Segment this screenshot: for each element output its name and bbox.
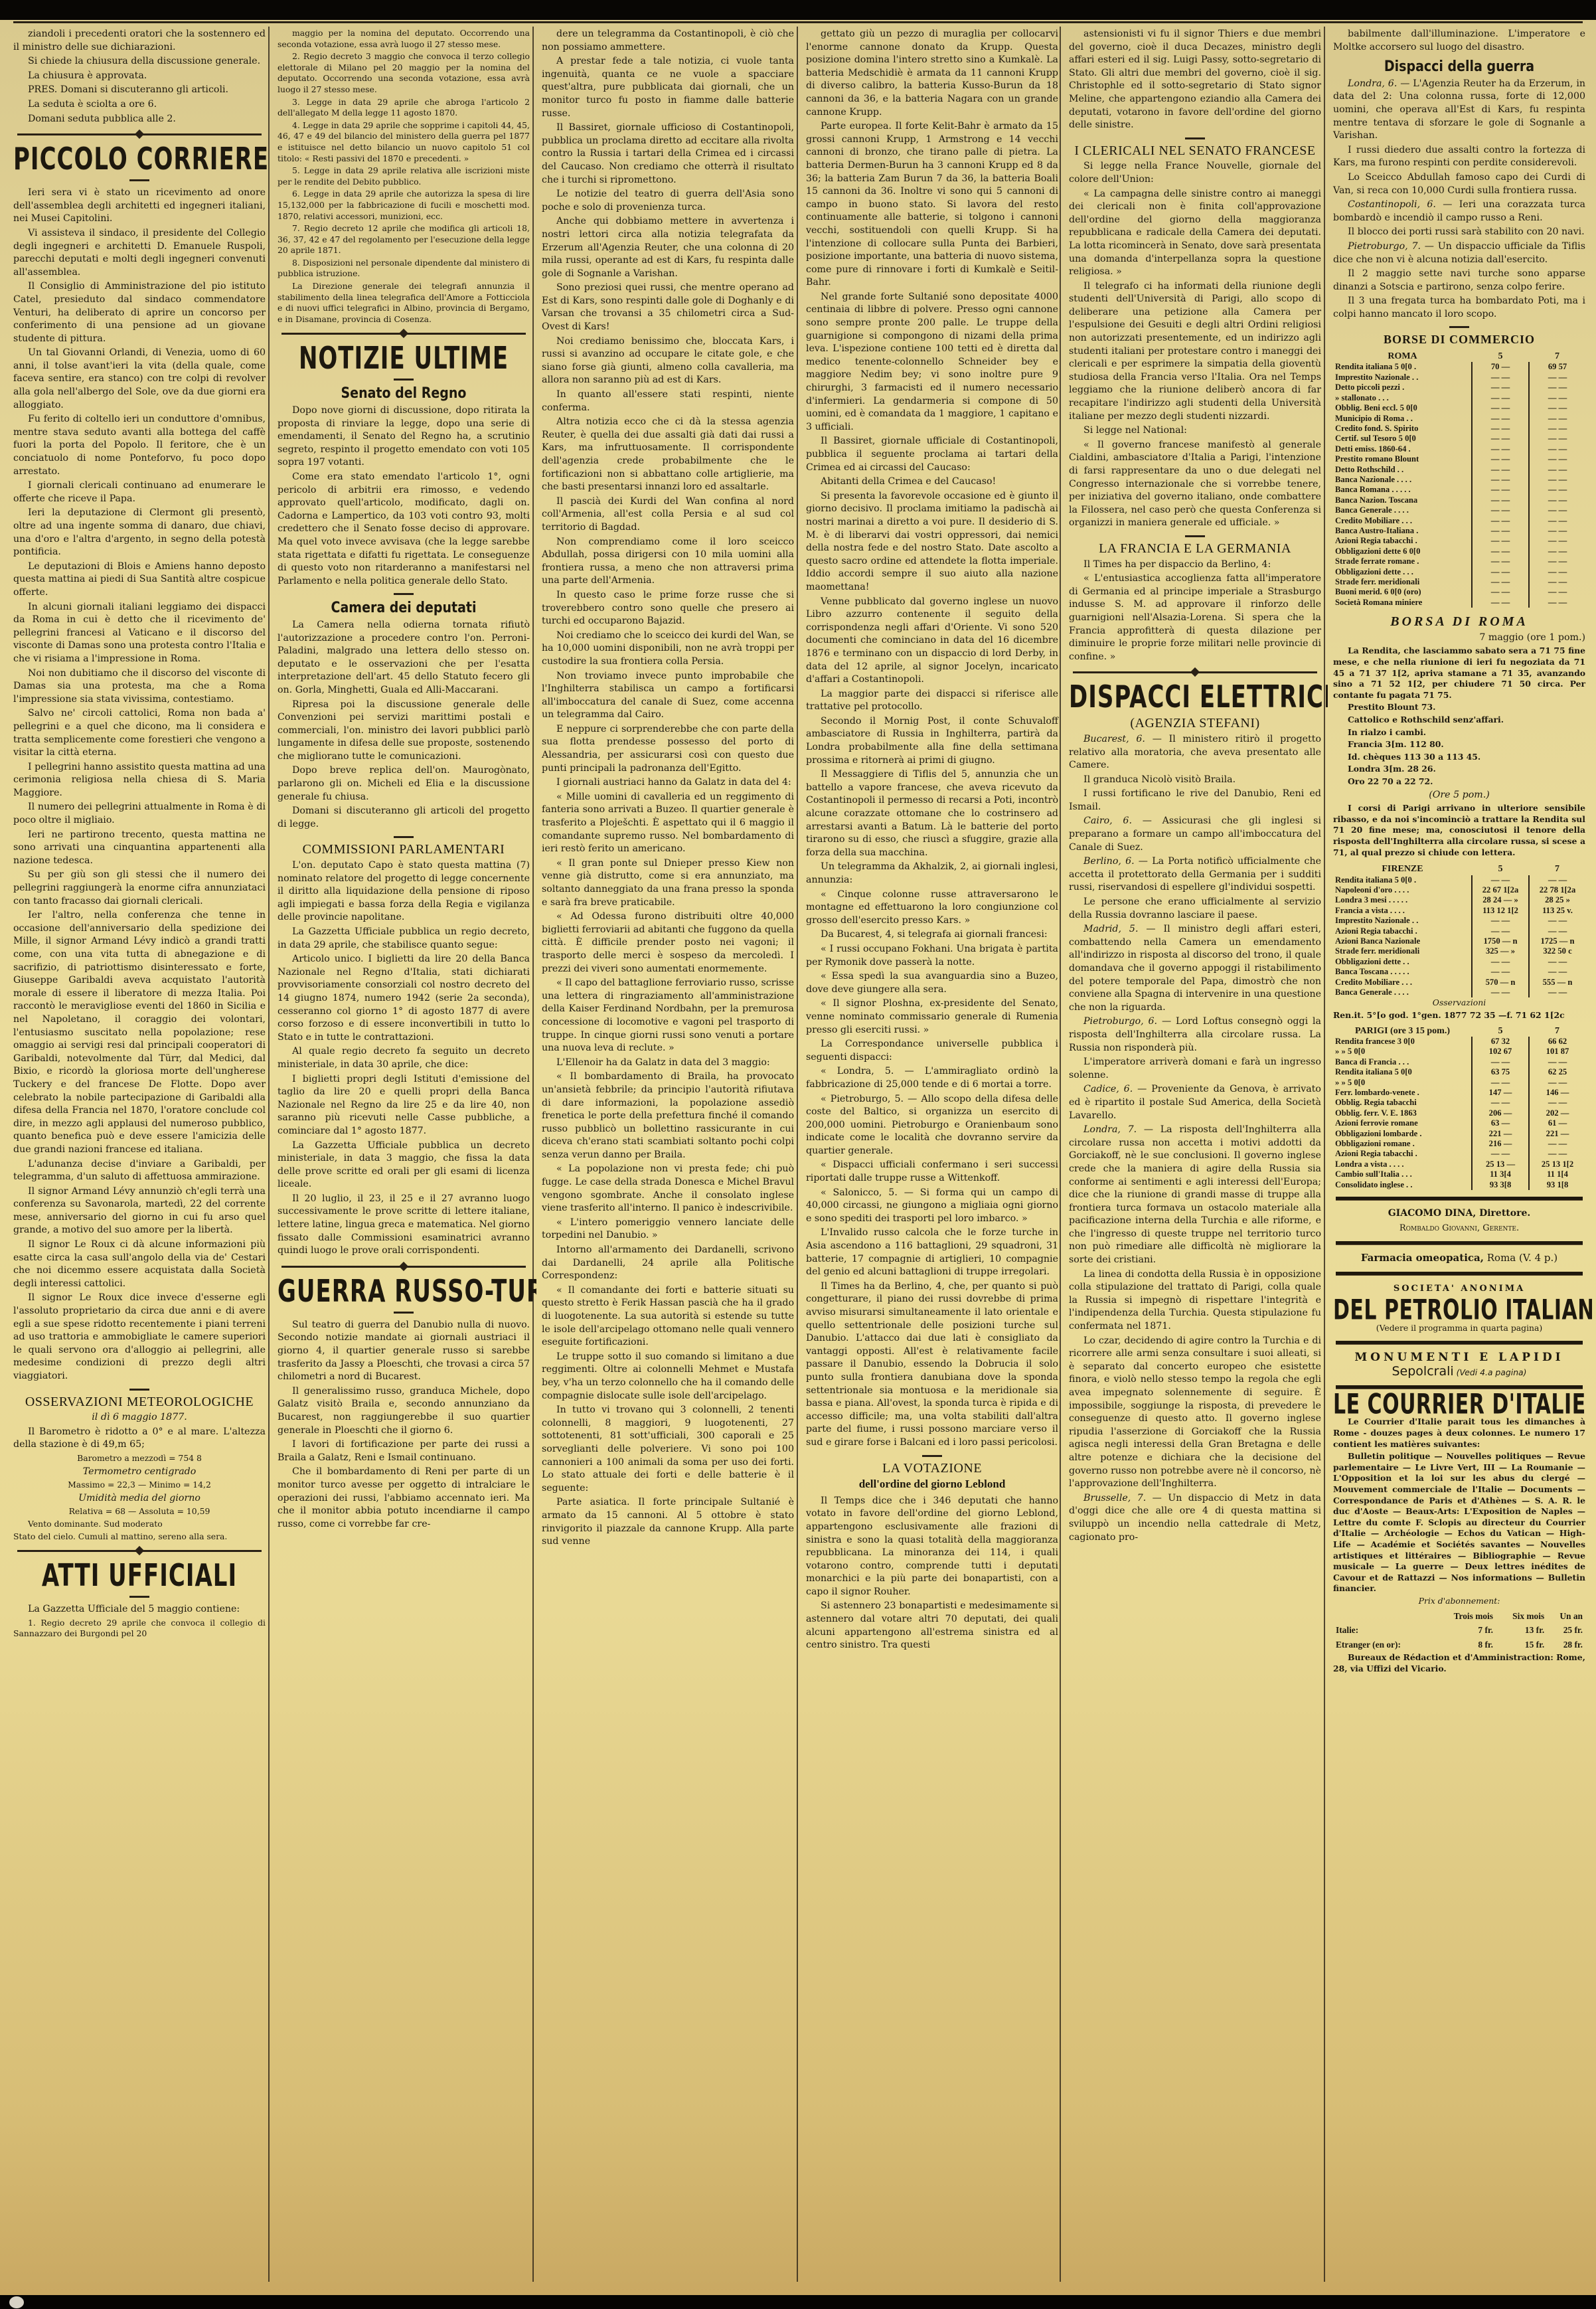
paragraph: La Direzione generale dei telegrafi annu… <box>278 281 530 325</box>
dardanelli-body: gettato giù un pezzo di muraglia per col… <box>806 28 1058 1450</box>
quote-value: — — <box>1472 485 1529 495</box>
dispatch: I russi fortificano le rive del Danubio,… <box>1069 788 1321 813</box>
dash-rule <box>394 836 414 838</box>
senate-debate-end: ziandoli i precedenti oratori che la sos… <box>13 28 266 126</box>
guerra-continued: dere un telegramma da Costantinopoli, è … <box>542 28 794 1549</box>
quote-value: — — <box>1529 516 1585 526</box>
quote-value: — — <box>1472 434 1529 444</box>
security-name: Società Romana miniere <box>1333 598 1472 608</box>
courrier-prix-label: Prix d'abonnement: <box>1333 1596 1585 1607</box>
paragraph: Il numero dei pellegrini attualmente in … <box>13 801 266 827</box>
paragraph: Il signor Le Roux dice invece d'esserne … <box>13 1292 266 1383</box>
security-name: Azioni Regia tabacchi . <box>1333 536 1472 546</box>
quote-value: — — <box>1472 577 1529 587</box>
paragraph: Il signor Armand Lévy annunziò ch'egli t… <box>13 1185 266 1237</box>
borsa-body: La Rendita, che lasciammo sabato sera a … <box>1333 645 1585 787</box>
price-value: 7 fr. <box>1433 1624 1494 1637</box>
heading-atti-ufficiali: ATTI UFFICIALI <box>13 1560 266 1592</box>
security-name: Obblig. Regia tabacchi <box>1333 1098 1472 1108</box>
dispatch: La linea di condotta della Russia è in o… <box>1069 1268 1321 1333</box>
paragraph: Oro 22 70 a 22 72. <box>1333 776 1585 788</box>
security-name: » » 5 0[0 <box>1333 1047 1472 1057</box>
meteo-termo: Massimo = 22,3 — Minimo = 14,2 <box>13 1480 266 1491</box>
security-name: Credito Mobiliare . . . <box>1333 516 1472 526</box>
table-row: Strade ferrate romane .— —— — <box>1333 556 1585 566</box>
quote-value: — — <box>1529 526 1585 536</box>
dash-rule <box>1185 137 1205 139</box>
dash-rule <box>394 1312 414 1314</box>
paragraph: Un telegramma da Akhalzik, 2, ai giornal… <box>806 861 1058 887</box>
table-row: Azioni Regia tabacchi .— —— — <box>1333 926 1585 936</box>
dispatch: Lo Sceicco Abdullah famoso capo dei Curd… <box>1333 171 1585 197</box>
dispatch-place: Londra, 6. <box>1348 78 1397 89</box>
quote-value: 22 78 1[2a <box>1529 885 1585 895</box>
paragraph: « La popolazione non vi presta fede; chi… <box>542 1163 794 1215</box>
quote-value: 25 13 — <box>1472 1159 1529 1169</box>
quote-value: — — <box>1472 916 1529 926</box>
ornament-rule <box>17 1550 262 1552</box>
quote-value: — — <box>1472 444 1529 454</box>
column-header: 7 <box>1529 351 1585 362</box>
paragraph: Sono preziosi quei russi, che mentre ope… <box>542 282 794 333</box>
library-stamp-icon <box>9 2296 24 2308</box>
table-row: Società Romana miniere— —— — <box>1333 598 1585 608</box>
quote-value: — — <box>1472 495 1529 505</box>
courrier-bureaux: Bureaux de Rédaction et d'Amministractio… <box>1333 1652 1585 1674</box>
security-name: Detto piccoli pezzi . <box>1333 383 1472 392</box>
price-header: Trois mois <box>1433 1610 1494 1623</box>
senato-body: Dopo nove giorni di discussione, dopo ri… <box>278 404 530 588</box>
table-row: Detti emiss. 1860-64 .— —— — <box>1333 444 1585 454</box>
heading-dispacci-elettrici: DISPACCI ELETTRICI <box>1069 681 1321 714</box>
piccolo-corriere-body: Ieri sera vi è stato un ricevimento ad o… <box>13 187 266 1383</box>
security-name: » » 5 0[0 <box>1333 1078 1472 1088</box>
paragraph: Si chiede la chiusura della discussione … <box>13 55 266 68</box>
paragraph: Le truppe sotto il suo comando si limita… <box>542 1351 794 1403</box>
security-name: Ferr. lombardo-venete . <box>1333 1088 1472 1098</box>
paragraph: In tutto vi trovano qui 3 colonnelli, 2 … <box>542 1404 794 1495</box>
ornament-rule <box>281 1266 526 1268</box>
dispatch-place: Londra, 7. <box>1083 1124 1137 1135</box>
security-name: Imprestito Nazionale . . <box>1333 373 1472 383</box>
dispatch: Il 3 una fregata turca ha bombardato Pot… <box>1333 295 1585 321</box>
paragraph: 5. Legge in data 29 aprile relativa alle… <box>278 165 530 187</box>
table-row: Obbligazioni dette 6 0[0— —— — <box>1333 547 1585 556</box>
meteo-vento: Vento dominante. Sud moderato <box>13 1519 266 1530</box>
table-row: Francia a vista . . . .113 12 1[2113 25 … <box>1333 906 1585 916</box>
price-row: Etranger (en or):8 fr.15 fr.28 fr. <box>1334 1638 1584 1652</box>
paragraph: Il Consiglio di Amministrazione del pio … <box>13 280 266 345</box>
table-row: Obblig. Beni eccl. 5 0[0— —— — <box>1333 403 1585 413</box>
quote-value: 216 — <box>1472 1139 1529 1149</box>
paragraph: Sul teatro di guerra del Danubio nulla d… <box>278 1319 530 1384</box>
table-row: Azioni Regia tabacchi .— —— — <box>1333 1149 1585 1159</box>
security-name: Banca Generale . . . . <box>1333 505 1472 515</box>
price-region: Etranger (en or): <box>1334 1638 1432 1652</box>
dispatch: Cairo, 6. — Assicurasi che gli inglesi s… <box>1069 815 1321 854</box>
paragraph: I giornali austriaci hanno da Galatz in … <box>542 776 794 790</box>
heavy-rule <box>1336 1241 1583 1245</box>
quote-value: — — <box>1529 875 1585 885</box>
credit-gerente: Rombaldo Giovanni, Gerente. <box>1333 1222 1585 1235</box>
table-row: Obblig. ferr. V. E. 1863206 —202 — <box>1333 1108 1585 1118</box>
table-row: » stallonato . . .— —— — <box>1333 393 1585 403</box>
heavy-rule <box>1336 1197 1583 1201</box>
table-row: Banca Generale . . . .— —— — <box>1333 987 1585 997</box>
table-row: Strade ferr. meridionali325 — »322 50 c <box>1333 946 1585 956</box>
security-name: Strade ferr. meridionali <box>1333 577 1472 587</box>
table-firenze: FIRENZE 5 7 Rendita italiana 5 0[0 .— ——… <box>1333 863 1585 997</box>
quote-value: — — <box>1529 424 1585 434</box>
column-header: 5 <box>1472 863 1529 875</box>
meteo-date: il dì 6 maggio 1877. <box>13 1411 266 1424</box>
table-row: Ferr. lombardo-venete .147 —146 — <box>1333 1088 1585 1098</box>
price-region: Italie: <box>1334 1624 1432 1637</box>
paragraph: « Essa spedì la sua avanguardia sino a B… <box>806 970 1058 996</box>
paragraph: Il 20 luglio, il 23, il 25 e il 27 avran… <box>278 1193 530 1258</box>
meteo-umid: Relativa = 68 — Assoluta = 10,59 <box>13 1506 266 1517</box>
paragraph: Secondo il Mornig Post, il conte Schuval… <box>806 715 1058 767</box>
paragraph: « Il gran ponte sul Dnieper presso Kiew … <box>542 857 794 909</box>
heading-votazione: LA VOTAZIONE <box>806 1462 1058 1476</box>
paragraph: 4. Legge in data 29 aprile che sopprime … <box>278 120 530 164</box>
heading-francia-germania: LA FRANCIA E LA GERMANIA <box>1069 543 1321 556</box>
security-name: Londra 3 mesi . . . . . <box>1333 895 1472 905</box>
quote-value: 93 3[8 <box>1472 1180 1529 1190</box>
quote-value: — — <box>1472 926 1529 936</box>
quote-value: — — <box>1472 454 1529 464</box>
paragraph: Prestito Blount 73. <box>1333 702 1585 713</box>
table-row: Detto Rothschild . .— —— — <box>1333 465 1585 475</box>
quote-value: 325 — » <box>1472 946 1529 956</box>
atti-continued: maggio per la nomina del deputato. Occor… <box>278 28 530 325</box>
dispatch: Pietroburgo, 7. — Un dispaccio ufficiale… <box>1333 240 1585 266</box>
quote-value: — — <box>1529 373 1585 383</box>
quote-value: — — <box>1472 1149 1529 1159</box>
security-name: Azioni ferrovie romane <box>1333 1118 1472 1128</box>
paragraph: « L'intero pomeriggio vennero lanciate d… <box>542 1217 794 1242</box>
quote-value: — — <box>1529 1098 1585 1108</box>
security-name: Obblig. Beni eccl. 5 0[0 <box>1333 403 1472 413</box>
heading-commissioni: COMMISSIONI PARLAMENTARI <box>278 843 530 857</box>
paragraph: Il signor Le Roux ci dà alcune informazi… <box>13 1239 266 1290</box>
paragraph: L'Invalido russo calcola che le forze tu… <box>806 1227 1058 1278</box>
quote-value: — — <box>1529 967 1585 977</box>
quote-value: — — <box>1472 475 1529 485</box>
courrier-intro: Le Courrier d'Italie parait tous les dim… <box>1333 1416 1585 1450</box>
paragraph: 8. Disposizioni nel personale dipendente… <box>278 258 530 280</box>
dash-rule <box>394 593 414 595</box>
paragraph: Le notizie del teatro di guerra dell'Asi… <box>542 188 794 214</box>
table-row: » » 5 0[0— —— — <box>1333 1078 1585 1088</box>
security-name: Londra a vista . . . . <box>1333 1159 1472 1169</box>
dispatch-place: Cairo, 6. <box>1083 815 1132 826</box>
quote-value: — — <box>1472 516 1529 526</box>
heading-senato: Senato del Regno <box>278 386 530 402</box>
table-row: Cambio sull'Italia . . .11 3[411 1[4 <box>1333 1169 1585 1179</box>
security-name: Rendita italiana 5 0[0 . <box>1333 362 1472 372</box>
paragraph: A prestar fede a tale notizia, ci vuole … <box>542 55 794 120</box>
paragraph: « Pietroburgo, 5. — Allo scopo della dif… <box>806 1093 1058 1158</box>
meteo-umid-label: Umidità media del giorno <box>13 1492 266 1505</box>
paragraph: « Il comandante dei forti e batterie sit… <box>542 1284 794 1349</box>
paragraph: Nel grande forte Sultanié sono depositat… <box>806 291 1058 434</box>
table-row: Detto piccoli pezzi .— —— — <box>1333 383 1585 392</box>
column-6: babilmente dall'illuminazione. L'imperat… <box>1326 28 1592 2288</box>
paragraph: Altra notizia ecco che ci dà la stessa a… <box>542 416 794 494</box>
paragraph: Il generalissimo russo, granduca Michele… <box>278 1385 530 1437</box>
meteo-title: OSSERVAZIONI METEOROLOGICHE <box>13 1396 266 1409</box>
price-header <box>1334 1610 1432 1623</box>
scan-top-border <box>0 0 1596 20</box>
security-name: Obbligazioni romane . <box>1333 1139 1472 1149</box>
paragraph: Parte asiatica. Il forte principale Sult… <box>542 1496 794 1548</box>
newspaper-page: ziandoli i precedenti oratori che la sos… <box>0 20 1596 2295</box>
quote-value: — — <box>1529 465 1585 475</box>
scan-bottom-border <box>0 2295 1596 2309</box>
courrier-contents: Bulletin politique — Nouvelles politique… <box>1333 1451 1585 1594</box>
paragraph: Su per giù son gli stessi che il numero … <box>13 869 266 908</box>
security-name: Detto Rothschild . . <box>1333 465 1472 475</box>
quote-value: 1750 — n <box>1472 936 1529 946</box>
credit-direttore: GIACOMO DINA, Direttore. <box>1333 1207 1585 1221</box>
quote-value: 28 24 — » <box>1472 895 1529 905</box>
table-row: Credito Mobiliare . . .570 — n555 — n <box>1333 978 1585 987</box>
quote-value: — — <box>1472 598 1529 608</box>
quote-value: — — <box>1529 1078 1585 1088</box>
table-row: Imprestito Nazionale . .— —— — <box>1333 916 1585 926</box>
dispatch: Madrid, 5. — Il ministro degli affari es… <box>1069 923 1321 1014</box>
paragraph: In questo caso le prime forze russe che … <box>542 589 794 628</box>
paragraph: Ieri ne partirono trecento, questa matti… <box>13 829 266 868</box>
security-name: Credito Mobiliare . . . <box>1333 978 1472 987</box>
table-row: Rendita italiana 5 0[0 .70 —69 57 <box>1333 362 1585 372</box>
security-name: Strade ferrate romane . <box>1333 556 1472 566</box>
security-name: Francia a vista . . . . <box>1333 906 1472 916</box>
security-name: Azioni Banca Nazionale <box>1333 936 1472 946</box>
paragraph: I giornali clericali continuano ad enume… <box>13 479 266 505</box>
ornament-rule <box>1073 671 1317 673</box>
paragraph: La seduta è sciolta a ore 6. <box>13 98 266 112</box>
security-name: Banca di Francia . . . <box>1333 1057 1472 1067</box>
dispacci-guerra-body: Londra, 6. — L'Agenzia Reuter ha da Erze… <box>1333 78 1585 321</box>
borsa-date: 7 maggio (ore 1 pom.) <box>1333 632 1585 645</box>
table-row: Londra a vista . . . .25 13 —25 13 1[2 <box>1333 1159 1585 1169</box>
security-name: Obbligazioni dette . . . <box>1333 567 1472 577</box>
table-title: ROMA <box>1333 351 1472 362</box>
security-name: Obblig. ferr. V. E. 1863 <box>1333 1108 1472 1118</box>
table-row: Municipio di Roma . .— —— — <box>1333 414 1585 424</box>
quote-value: 69 57 <box>1529 362 1585 372</box>
dispatch-place: Cadice, 6. <box>1083 1084 1133 1094</box>
paragraph: « Cinque colonne russe attraversarono le… <box>806 889 1058 928</box>
paragraph: Dopo nove giorni di discussione, dopo ri… <box>278 404 530 470</box>
dash-rule <box>129 179 149 181</box>
security-name: Banca Nazion. Toscana <box>1333 495 1472 505</box>
quote-value: 62 25 <box>1529 1067 1585 1077</box>
quote-value: — — <box>1529 475 1585 485</box>
dispatch-place: Pietroburgo, 6. <box>1083 1016 1157 1027</box>
paragraph: 2. Regio decreto 3 maggio che convoca il… <box>278 51 530 95</box>
security-name: Credito fond. S. Spirito <box>1333 424 1472 434</box>
price-row: Italie:7 fr.13 fr.25 fr. <box>1334 1624 1584 1637</box>
paragraph: Cattolico e Rothschild senz'affari. <box>1333 715 1585 726</box>
quote-value: 221 — <box>1472 1129 1529 1139</box>
paragraph: Ieri sera vi è stato un ricevimento ad o… <box>13 187 266 226</box>
table-row: Banca Nazion. Toscana— —— — <box>1333 495 1585 505</box>
paragraph: Francia 3[m. 112 80. <box>1333 739 1585 750</box>
quote-value: — — <box>1472 536 1529 546</box>
column-1: ziandoli i precedenti oratori che la sos… <box>7 28 272 2288</box>
paragraph: Londra 3[m. 28 26. <box>1333 764 1585 775</box>
quote-value: — — <box>1472 505 1529 515</box>
column-2: maggio per la nomina del deputato. Occor… <box>271 28 536 2288</box>
security-name: Rendita francese 3 0[0 <box>1333 1037 1472 1047</box>
quote-value: 102 67 <box>1472 1047 1529 1057</box>
atti-item1: 1. Regio decreto 29 aprile che convoca i… <box>13 1618 266 1640</box>
paragraph: « Il signor Ploshna, ex-presidente del S… <box>806 997 1058 1037</box>
paragraph: dere un telegramma da Costantinopoli, è … <box>542 28 794 54</box>
table-row: Prestito romano Blount— —— — <box>1333 454 1585 464</box>
security-name: Consolidato inglese . . <box>1333 1180 1472 1190</box>
quote-value: 1725 — n <box>1529 936 1585 946</box>
quote-value: — — <box>1472 373 1529 383</box>
paragraph: Si legge nel National: <box>1069 424 1321 438</box>
paragraph: Vi assisteva il sindaco, il presidente d… <box>13 227 266 279</box>
security-name: Imprestito Nazionale . . <box>1333 916 1472 926</box>
paragraph: Il pascià dei Kurdi del Wan confina al n… <box>542 495 794 535</box>
quote-value: 147 — <box>1472 1088 1529 1098</box>
quote-value: — — <box>1529 485 1585 495</box>
dispatch: Costantinopoli, 6. — Ieri una corazzata … <box>1333 199 1585 224</box>
column-4: gettato giù un pezzo di muraglia per col… <box>799 28 1065 2288</box>
price-value: 25 fr. <box>1547 1624 1584 1637</box>
quote-value: — — <box>1529 505 1585 515</box>
table-row: Londra 3 mesi . . . . .28 24 — »28 25 » <box>1333 895 1585 905</box>
price-value: 28 fr. <box>1547 1638 1584 1652</box>
table-row: Credito Mobiliare . . .— —— — <box>1333 516 1585 526</box>
quote-value: 101 87 <box>1529 1047 1585 1057</box>
quote-value: — — <box>1529 547 1585 556</box>
paragraph: Il Temps dice che i 346 deputati che han… <box>806 1495 1058 1599</box>
paragraph: « Il governo francese manifestò al gener… <box>1069 439 1321 530</box>
paragraph: gettato giù un pezzo di muraglia per col… <box>806 28 1058 119</box>
dash-rule <box>1449 326 1469 328</box>
heading-clericali: I CLERICALI NEL SENATO FRANCESE <box>1069 145 1321 158</box>
paragraph: Da Bucarest, 4, si telegrafa ai giornali… <box>806 928 1058 942</box>
quote-value: — — <box>1472 465 1529 475</box>
paragraph: « I russi occupano Fokhani. Una brigata … <box>806 943 1058 969</box>
security-name: Banca Generale . . . . <box>1333 987 1472 997</box>
camera-body: La Camera nella odierna tornata rifiutò … <box>278 619 530 831</box>
paragraph: I biglietti propri degli Istituti d'emis… <box>278 1073 530 1138</box>
table-parigi: PARIGI (ore 3 15 pom.) 5 7 Rendita franc… <box>1333 1025 1585 1191</box>
security-name: » stallonato . . . <box>1333 393 1472 403</box>
subheading-agenzia-stefani: (AGENZIA STEFANI) <box>1069 717 1321 730</box>
quote-value: — — <box>1472 424 1529 434</box>
dispatch: L'imperatore arriverà domani e farà un i… <box>1069 1056 1321 1082</box>
table-row: Consolidato inglese . .93 3[893 1[8 <box>1333 1180 1585 1190</box>
dispatch-place: Bucarest, 6. <box>1083 734 1145 744</box>
dispatch: Cadice, 6. — Proveniente da Genova, è ar… <box>1069 1083 1321 1122</box>
quote-value: — — <box>1472 1057 1529 1067</box>
dispacci-continued: babilmente dall'illuminazione. L'imperat… <box>1333 28 1585 54</box>
ad-courrier-title: LE COURRIER D'ITALIE <box>1333 1396 1585 1414</box>
ornament-rule <box>281 333 526 335</box>
clericali-body: Si legge nella France Nouvelle, giornale… <box>1069 160 1321 530</box>
osservazioni-label: Osservazioni <box>1333 997 1585 1009</box>
paragraph: Il telegrafo ci ha informati della riuni… <box>1069 280 1321 424</box>
quote-value: — — <box>1472 556 1529 566</box>
paragraph: PRES. Domani si discuteranno gli articol… <box>13 84 266 97</box>
paragraph: 6. Legge in data 29 aprile che autorizza… <box>278 189 530 222</box>
table-row: Credito fond. S. Spirito— —— — <box>1333 424 1585 434</box>
borsa-time2: (Ore 5 pom.) <box>1333 789 1585 802</box>
quote-value: 570 — n <box>1472 978 1529 987</box>
security-name: Obbligazioni dette . . <box>1333 957 1472 967</box>
security-name: Rendita italiana 5 0[0 <box>1333 1067 1472 1077</box>
guerra-body: Sul teatro di guerra del Danubio nulla d… <box>278 1319 530 1531</box>
atti-intro: La Gazzetta Ufficiale del 5 maggio conti… <box>13 1603 266 1616</box>
dispacci-body: Bucarest, 6. — Il ministero ritirò il pr… <box>1069 733 1321 1544</box>
paragraph: Si legge nella France Nouvelle, giornale… <box>1069 160 1321 186</box>
ad-petrolio-title: DEL PETROLIO ITALIANO <box>1333 1302 1585 1320</box>
quote-value: — — <box>1529 383 1585 392</box>
security-name: Prestito romano Blount <box>1333 454 1472 464</box>
quote-value: — — <box>1529 987 1585 997</box>
paragraph: Che il bombardamento di Reni per parte d… <box>278 1466 530 1531</box>
paragraph: Parte europea. Il forte Kelit-Bahr è arm… <box>806 120 1058 290</box>
paragraph: In alcuni giornali italiani leggiamo dei… <box>13 601 266 666</box>
quote-value: 221 — <box>1529 1129 1585 1139</box>
security-name: Azioni Regia tabacchi . <box>1333 1149 1472 1159</box>
quote-value: 202 — <box>1529 1108 1585 1118</box>
security-name: Certif. sul Tesoro 5 0[0 <box>1333 434 1472 444</box>
security-name: Buoni merid. 6 0[0 (oro) <box>1333 587 1472 597</box>
heading-camera: Camera dei deputati <box>278 601 530 616</box>
dispatch: Londra, 7. — La risposta dell'Inghilterr… <box>1069 1124 1321 1267</box>
dash-rule <box>394 379 414 381</box>
paragraph: Anche qui dobbiamo mettere in avvertenza… <box>542 215 794 280</box>
table-row: Napoleoni d'oro . . . .22 67 1[2a22 78 1… <box>1333 885 1585 895</box>
borsa-para2: I corsi di Parigi arrivano in ulteriore … <box>1333 803 1585 858</box>
paragraph: Ier l'altro, nella conferenza che tenne … <box>13 909 266 1156</box>
security-name: Banca Toscana . . . . . <box>1333 967 1472 977</box>
ad-farmacia-name: Farmacia omeopatica, <box>1361 1252 1484 1264</box>
quote-value: 28 25 » <box>1529 895 1585 905</box>
price-header: Un an <box>1547 1610 1584 1623</box>
security-name: Banca Romana . . . . . <box>1333 485 1472 495</box>
dispatch: Brusselle, 7. — Un dispaccio di Metz in … <box>1069 1492 1321 1544</box>
paragraph: « Mille uomini di cavalleria ed un reggi… <box>542 791 794 856</box>
dispatch: I russi diedero due assalti contro la fo… <box>1333 144 1585 170</box>
paragraph: Salvo ne' circoli cattolici, Roma non ba… <box>13 707 266 759</box>
paragraph: « La campagna delle sinistre contro ai m… <box>1069 188 1321 279</box>
paragraph: 3. Legge in data 29 aprile che abroga l'… <box>278 97 530 119</box>
heading-notizie-ultime: NOTIZIE ULTIME <box>278 343 530 375</box>
osservazioni-row: Ren.it. 5°[o god. 1°gen. 1877 72 35 —f. … <box>1333 1010 1585 1021</box>
table-row: Buoni merid. 6 0[0 (oro)— —— — <box>1333 587 1585 597</box>
quote-value: — — <box>1529 598 1585 608</box>
dash-rule <box>922 1455 942 1457</box>
paragraph: 7. Regio decreto 12 aprile che modifica … <box>278 223 530 256</box>
table-row: Obbligazioni romane .216 —— — <box>1333 1139 1585 1149</box>
paragraph: Il Bassiret, giornale ufficioso di Costa… <box>542 122 794 187</box>
quote-value: — — <box>1472 403 1529 413</box>
meteo-barometro: Barometro a mezzodì = 754 8 <box>13 1453 266 1464</box>
paragraph: La maggior parte dei dispacci si riferis… <box>806 688 1058 714</box>
paragraph: Articolo unico. I biglietti da lire 20 d… <box>278 953 530 1044</box>
